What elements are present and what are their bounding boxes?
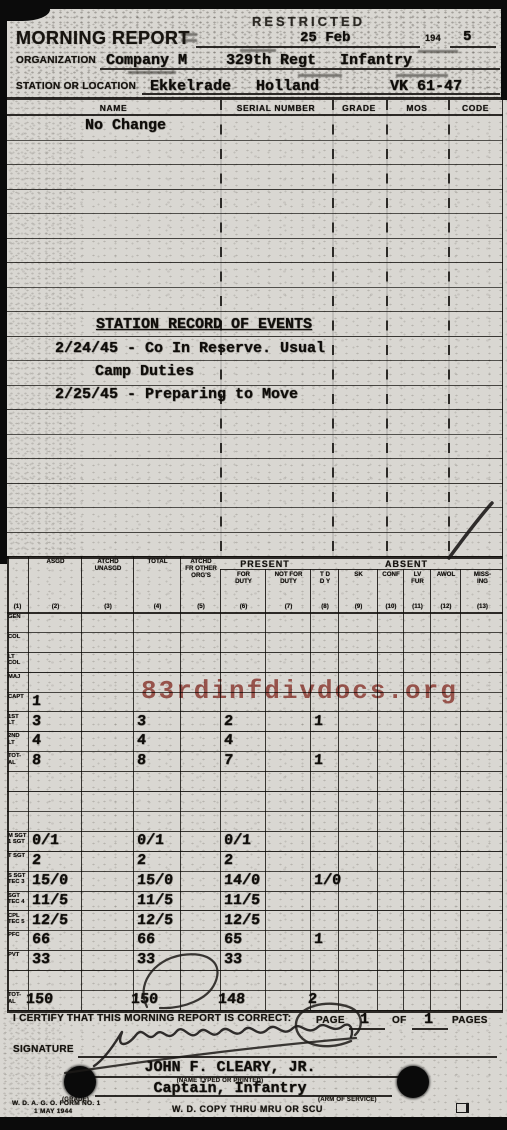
- signature-rule-line: [78, 1056, 497, 1058]
- strength-col-header-7: NOT FOR DUTY(7): [265, 569, 311, 612]
- strength-col-header-label: MISS- ING: [461, 572, 504, 586]
- strength-col-header-label: LV FUR: [404, 572, 431, 586]
- strength-column-line: [180, 612, 181, 1010]
- strength-col-header-4: TOTAL(4): [133, 556, 181, 612]
- name-col-header-code: CODE: [448, 100, 503, 115]
- restricted-stamp: RESTRICTED: [252, 14, 365, 29]
- name-table-row: [7, 483, 503, 509]
- year-entry: 5: [463, 29, 471, 45]
- strength-col-header-label: ATCHD FR OTHER ORG'S: [181, 559, 221, 579]
- fine-print-smudge: [181, 39, 197, 42]
- strength-col-header-label: SK: [339, 572, 378, 579]
- form-number: W. D. A. G. O. FORM NO. 1: [12, 1100, 101, 1107]
- strength-col-header-number: (8): [311, 603, 339, 610]
- strength-column-line: [338, 612, 339, 1010]
- strength-row-label: MAJ: [8, 674, 28, 680]
- year-rule-line: [450, 46, 496, 48]
- strength-col-header-number: (2): [29, 603, 82, 610]
- station-label: STATION OR LOCATION: [16, 81, 136, 92]
- page-rule-line: [349, 1028, 385, 1030]
- report-date-entry: 25 Feb: [300, 30, 350, 46]
- strength-column-line: [403, 612, 404, 1010]
- strength-col-header-label: ATCHD UNASGD: [82, 559, 134, 573]
- name-table-row: [7, 213, 503, 239]
- strength-cell-value: 33: [31, 951, 50, 968]
- strength-col-header-6: FOR DUTY(6): [220, 569, 266, 612]
- fine-print-smudge: [418, 50, 458, 53]
- no-change-entry: No Change: [85, 117, 166, 134]
- strength-cell-value: 12/5: [223, 912, 260, 929]
- scan-edge-top: [0, 0, 507, 9]
- strength-cell-value: 0/1: [136, 832, 164, 849]
- strength-row-label: TOT- AL: [8, 753, 28, 766]
- strength-col-header-number: (11): [404, 603, 431, 610]
- strength-left-edge: [7, 556, 9, 1010]
- strength-cell-value: 1: [313, 931, 323, 948]
- strength-col-header-label: TOTAL: [134, 559, 181, 566]
- typed-name-entry: JOHN F. CLEARY, JR.: [100, 1059, 360, 1076]
- strength-column-line: [377, 612, 378, 1010]
- strength-col-header-number: (9): [339, 603, 378, 610]
- strength-cell-value: 66: [31, 931, 50, 948]
- routing-box-icon: [456, 1103, 469, 1113]
- fine-print-smudge: [128, 71, 176, 74]
- strength-column-line: [430, 612, 431, 1010]
- strength-cell-value: 8: [136, 752, 146, 769]
- strength-column-line: [310, 612, 311, 1010]
- strength-cell-value: 11/5: [136, 892, 173, 909]
- strength-cell-value: 15/0: [136, 872, 173, 889]
- strength-row-label: S SGT TEC 3: [8, 873, 28, 886]
- strength-col-header-1: (1): [7, 556, 28, 612]
- year-printed-prefix: 194: [425, 33, 441, 43]
- strength-col-header-2: ASGD(2): [28, 556, 82, 612]
- strength-cell-value: 66: [136, 931, 155, 948]
- strength-column-line: [133, 612, 134, 1010]
- signature-label: SIGNATURE: [13, 1044, 74, 1055]
- regiment-entry: 329th Regt: [226, 52, 316, 69]
- fine-print-smudge: [240, 49, 276, 52]
- strength-row-label: PFC: [8, 932, 28, 938]
- name-table-column-line: [386, 100, 388, 556]
- name-col-header-grade: GRADE: [332, 100, 386, 115]
- strength-row-label: SGT TEC 4: [8, 893, 28, 906]
- strength-cell-value: 4: [223, 732, 233, 749]
- watermark-text: 83rdinfdivdocs.org: [141, 676, 458, 706]
- strength-col-header-number: (13): [461, 603, 504, 610]
- strength-col-header-label: T D D Y: [311, 572, 339, 586]
- strength-cell-value: 3: [31, 713, 41, 730]
- strength-cell-value: 3: [136, 713, 146, 730]
- name-table-row: [7, 164, 503, 190]
- punch-hole-left: [64, 1066, 96, 1098]
- scan-edge-bottom: [0, 1117, 507, 1130]
- strength-column-line: [265, 612, 266, 1010]
- strength-cell-value: 150: [25, 991, 53, 1008]
- strength-column-line: [220, 612, 221, 1010]
- strength-col-header-3: ATCHD UNASGD(3): [81, 556, 134, 612]
- strength-row-label: GEN: [8, 614, 28, 620]
- strength-row-label: 1ST LT: [8, 714, 28, 727]
- strength-cell-value: 14/0: [223, 872, 260, 889]
- certify-statement: I CERTIFY THAT THIS MORNING REPORT IS CO…: [13, 1013, 291, 1024]
- name-table-row: [7, 458, 503, 484]
- form-title: MORNING REPORT: [16, 28, 190, 49]
- event-line-1: 2/24/45 - Co In Reserve. Usual: [55, 340, 325, 357]
- events-title: STATION RECORD OF EVENTS: [96, 316, 312, 333]
- strength-col-header-number: (5): [181, 603, 221, 610]
- strength-row-label: LT COL: [8, 654, 28, 667]
- of-label: OF: [392, 1015, 407, 1026]
- strength-col-header-label: ASGD: [29, 559, 82, 566]
- name-col-header-serial-number: SERIAL NUMBER: [220, 100, 332, 115]
- fine-print-smudge: [181, 33, 197, 36]
- pages-label: PAGES: [452, 1015, 488, 1026]
- strength-col-header-number: (6): [221, 603, 266, 610]
- strength-col-header-8: T D D Y(8): [310, 569, 339, 612]
- event-line-3: 2/25/45 - Preparing to Move: [55, 386, 298, 403]
- strength-right-edge: [502, 556, 504, 1010]
- name-table-right-edge: [502, 100, 504, 556]
- strength-col-header-5: ATCHD FR OTHER ORG'S(5): [180, 556, 221, 612]
- strength-col-header-13: MISS- ING(13): [460, 569, 504, 612]
- strength-cell-value: 1: [31, 693, 41, 710]
- total-pages-entry: 1: [424, 1011, 433, 1028]
- organization-unit-entry: Company M: [106, 52, 187, 69]
- morning-report-document: RESTRICTED MORNING REPORT 25 Feb 194 5 O…: [0, 0, 507, 1130]
- strength-row-label: COL: [8, 634, 28, 640]
- strength-column-line: [460, 612, 461, 1010]
- strength-col-header-11: LV FUR(11): [403, 569, 431, 612]
- copy-route-note: W. D. COPY THRU MRU OR SCU: [172, 1104, 323, 1114]
- strength-col-header-number: (12): [431, 603, 461, 610]
- name-table-row: [7, 189, 503, 215]
- strength-col-header-12: AWOL(12): [430, 569, 461, 612]
- strength-cell-value: 7: [223, 752, 233, 769]
- strength-cell-value: 11/5: [31, 892, 68, 909]
- strength-col-header-10: CONF(10): [377, 569, 404, 612]
- name-table-row: [7, 287, 503, 313]
- strength-cell-value: 0/1: [223, 832, 251, 849]
- strength-col-header-number: (1): [7, 603, 28, 610]
- strength-cell-value: 4: [31, 732, 41, 749]
- strength-col-header-label: FOR DUTY: [221, 572, 266, 586]
- arm-of-service-sub-label: (ARM OF SERVICE): [318, 1097, 377, 1103]
- name-table-row: [7, 507, 503, 533]
- name-table-row: [7, 262, 503, 288]
- strength-cell-value: 2: [307, 991, 317, 1008]
- page-label: PAGE: [316, 1015, 345, 1026]
- strength-cell-value: 4: [136, 732, 146, 749]
- name-table-row: [7, 140, 503, 166]
- strength-cell-value: 2: [31, 852, 41, 869]
- strength-column-line: [28, 612, 29, 1010]
- strength-cell-value: 0/1: [31, 832, 59, 849]
- strength-cell-value: 2: [223, 852, 233, 869]
- strength-col-header-9: SK(9): [338, 569, 378, 612]
- strength-col-header-label: CONF: [378, 572, 404, 579]
- scan-edge-left-strip: [0, 9, 7, 564]
- strength-cell-value: 2: [136, 852, 146, 869]
- strength-cell-value: 65: [223, 931, 242, 948]
- strength-col-header-label: NOT FOR DUTY: [266, 572, 311, 586]
- strength-row-label: M SGT 1 SGT: [8, 833, 28, 846]
- strength-row-label: CAPT: [8, 694, 28, 700]
- strength-cell-value: 148: [217, 991, 245, 1008]
- present-group-header: PRESENT: [220, 558, 310, 569]
- strength-cell-value: 150: [130, 991, 158, 1008]
- strength-column-line: [81, 612, 82, 1010]
- date-rule-line: [196, 46, 420, 48]
- strength-cell-value: 33: [136, 951, 155, 968]
- station-rule-line: [142, 93, 500, 95]
- strength-cell-value: 1: [313, 752, 323, 769]
- absent-group-header: ABSENT: [310, 558, 503, 569]
- event-line-2: Camp Duties: [95, 363, 194, 380]
- name-table-row: [7, 434, 503, 460]
- pages-rule-line: [412, 1028, 448, 1030]
- name-table-column-line: [448, 100, 450, 556]
- organization-label: ORGANIZATION: [16, 55, 96, 66]
- punch-hole-right: [397, 1066, 429, 1098]
- strength-cell-value: 1: [313, 713, 323, 730]
- strength-row-label: 2ND LT: [8, 733, 28, 746]
- strength-row-label: PVT: [8, 952, 28, 958]
- form-date: 1 MAY 1944: [34, 1108, 72, 1115]
- page-number-entry: 1: [360, 1011, 369, 1028]
- strength-cell-value: 2: [223, 713, 233, 730]
- name-col-header-mos: MOS: [386, 100, 448, 115]
- name-table-row: [7, 238, 503, 264]
- name-table-row: [7, 360, 503, 386]
- strength-col-header-number: (3): [82, 603, 134, 610]
- name-table-row: [7, 409, 503, 435]
- strength-cell-value: 33: [223, 951, 242, 968]
- strength-col-header-label: AWOL: [431, 572, 461, 579]
- strength-col-header-number: (7): [266, 603, 311, 610]
- name-col-header-name: NAME: [7, 100, 220, 115]
- strength-cell-value: 8: [31, 752, 41, 769]
- fine-print-smudge: [298, 74, 342, 77]
- name-table-row: [7, 115, 503, 141]
- name-table-column-line: [332, 100, 334, 556]
- strength-cell-value: 15/0: [31, 872, 68, 889]
- fine-print-smudge: [396, 74, 448, 77]
- name-table-row: [7, 532, 503, 558]
- strength-cell-value: 12/5: [136, 912, 173, 929]
- strength-cell-value: 11/5: [223, 892, 260, 909]
- strength-row-label: CPL TEC 5: [8, 913, 28, 926]
- strength-row-label: T SGT: [8, 853, 28, 859]
- organization-rule-line: [100, 68, 500, 70]
- strength-col-header-number: (4): [134, 603, 181, 610]
- strength-cell-value: 12/5: [31, 912, 68, 929]
- scan-edge-right-header: [501, 9, 507, 100]
- branch-entry: Infantry: [340, 52, 412, 69]
- strength-col-header-number: (10): [378, 603, 404, 610]
